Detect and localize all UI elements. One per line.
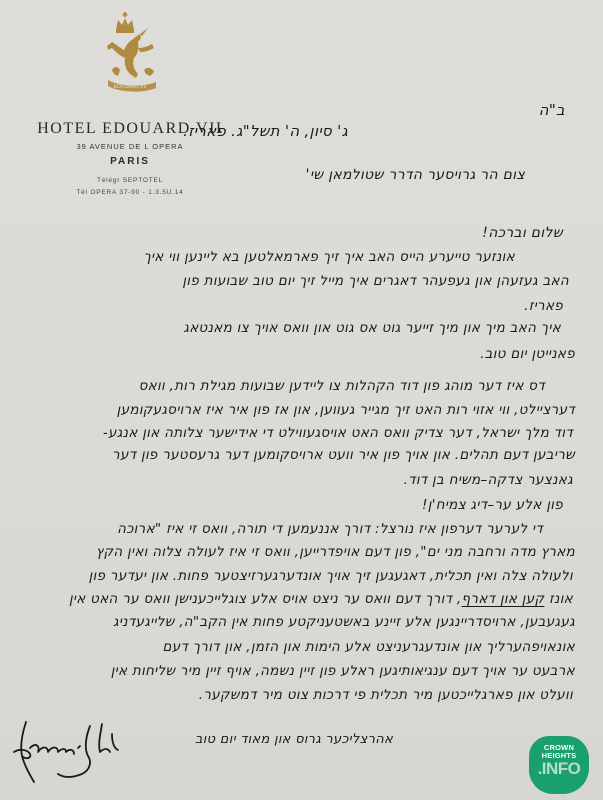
body-line: וועלט און פארגלייכטען מיר תכלית פי דרכות… (199, 687, 573, 703)
body-line: ולעולה צלה ואין תכלית, דאגעגען זיך אויך … (89, 568, 573, 584)
watermark-line-3: .INFO (529, 760, 589, 777)
hotel-phone: Tél OPERA 37-90 - 1.3.5U.14 (20, 189, 240, 196)
addressee-line: צום הר גרויסער הדרר שטולמאן שי' (306, 167, 525, 183)
body-line: געגעבען, ארויסדריינגען אלע זיינע באשטעני… (113, 614, 575, 630)
body-line: די לערער דערפון איז נורצל: דורך אננעמען … (117, 521, 543, 537)
body-line: דערציילט, ווי אזוי רות האט זיך מגייר געו… (117, 402, 575, 418)
watermark-line-2: HEIGHTS (529, 752, 589, 760)
hotel-city: PARIS (20, 156, 240, 167)
underlined-phrase: קען און דארף (462, 591, 545, 607)
body-line: אונאויפהערליך און אונדעגרעניצט אלע הימות… (162, 639, 575, 655)
closing-line: אהרצליכער גרוס און מאוד יום טוב (195, 732, 393, 747)
greeting-line: שלום וברכה! (482, 225, 563, 241)
bh-heading: ב"ה (539, 101, 565, 119)
svg-text:EDOUARD VII: EDOUARD VII (114, 84, 147, 90)
unicorn-crown-crest-icon: EDOUARD VII (94, 8, 166, 104)
body-line: גאנצער צדקה–משיח בן דוד. (404, 472, 573, 488)
body-line: דס איז דער מוהג פון דוד הקהלות צו ליידען… (139, 378, 545, 394)
body-line: פון אלע ער–דיג צמיח'ן! (422, 497, 563, 513)
body-line: איך האב מיך און מיך זייער גוט אס גוט און… (183, 320, 561, 336)
body-line: מארץ מדה ורחבה מני ים", פון דעם אויפדריי… (96, 544, 575, 560)
body-line: דוד מלך ישראל, דער צדיק וואס האט אויסגעו… (103, 425, 573, 441)
body-line: ארבעט ער אויך דעם ענגיאותיגען ראלע פון ז… (111, 663, 575, 679)
body-line: פאנייטן יום טוב. (480, 346, 575, 362)
signature-icon (8, 712, 128, 784)
crownheights-info-watermark: CROWN HEIGHTS .INFO (529, 736, 589, 794)
hotel-address: 39 AVENUE DE L OPERA (20, 142, 240, 151)
hotel-letterhead: EDOUARD VII HOTEL EDOUARD VII 39 AVENUE … (20, 8, 240, 196)
body-line: אונזער טייערע הייס האב איך זיך פארמאלטען… (143, 249, 515, 265)
letter-date: ג' סיון, ה' תשל"ג. פאריז. (183, 122, 348, 140)
body-line: האב געזעהן און געפעהר דאגרים איך מייל זי… (182, 273, 569, 289)
body-line: פאריז. (524, 298, 563, 314)
body-line: אונז קען און דארף, דורך דעם וואס ער ניצט… (69, 591, 573, 607)
body-line: שריבען דעם תהלים. און אויך פון איר וועט … (112, 447, 575, 463)
hotel-telegram: Télégr SEPTOTEL (20, 177, 240, 184)
